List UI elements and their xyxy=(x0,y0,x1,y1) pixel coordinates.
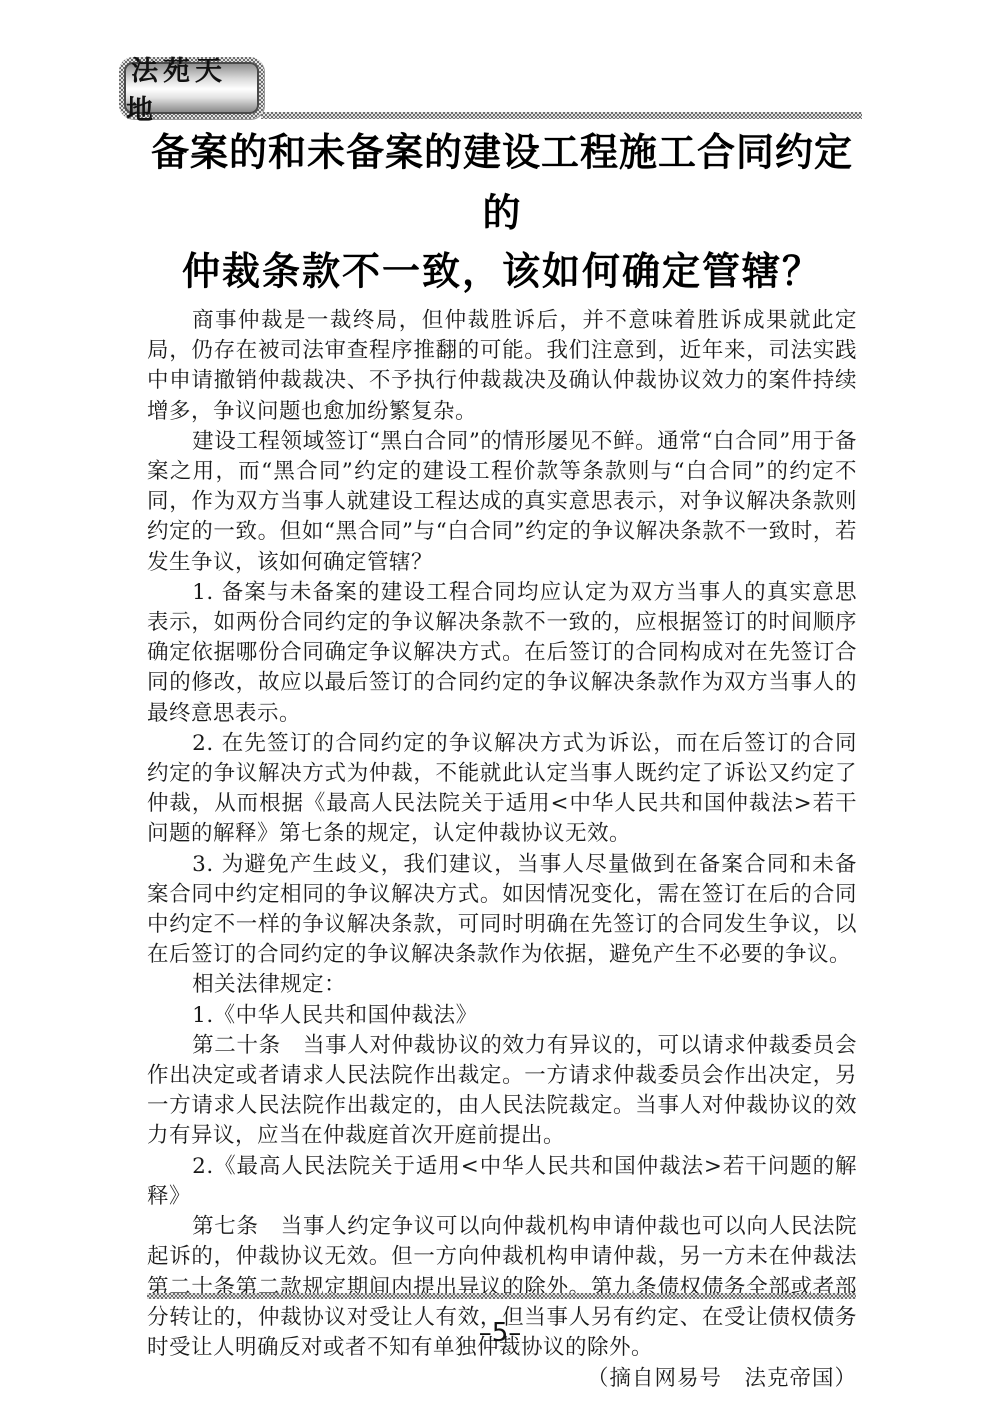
attribution-line: （摘自网易号 法克帝国） xyxy=(147,1363,857,1395)
paragraph-3: 1. 备案与未备案的建设工程合同均应认定为双方当事人的真实意思表示，如两份合同约… xyxy=(147,578,857,729)
section-badge-face: 法苑天地 xyxy=(124,62,259,114)
page-number: –5– xyxy=(0,1318,1000,1348)
header-rule xyxy=(261,112,862,119)
paragraph-2: 建设工程领域签订“黑白合同”的情形屡见不鲜。通常“白合同”用于备案之用，而“黑合… xyxy=(147,427,857,578)
document-page: 法苑天地 备案的和未备案的建设工程施工合同约定的 仲裁条款不一致，该如何确定管辖… xyxy=(0,0,1000,1414)
footer-rule xyxy=(147,1293,856,1299)
paragraph-9: 2.《最高人民法院关于适用<中华人民共和国仲裁法>若干问题的解释》 xyxy=(147,1152,857,1212)
section-badge-label: 法苑天地 xyxy=(126,49,257,127)
article-title-line2: 仲裁条款不一致，该如何确定管辖？ xyxy=(147,240,857,300)
article-title-line1: 备案的和未备案的建设工程施工合同约定的 xyxy=(147,122,857,242)
paragraph-8: 第二十条 当事人对仲裁协议的效力有异议的，可以请求仲裁委员会作出决定或者请求人民… xyxy=(147,1031,857,1152)
paragraph-5: 3. 为避免产生歧义，我们建议，当事人尽量做到在备案合同和未备案合同中约定相同的… xyxy=(147,850,857,971)
paragraph-7: 1.《中华人民共和国仲裁法》 xyxy=(147,1001,857,1031)
paragraph-6: 相关法律规定： xyxy=(147,970,857,1000)
paragraph-1: 商事仲裁是一裁终局，但仲裁胜诉后，并不意味着胜诉成果就此定局，仍存在被司法审查程… xyxy=(147,306,857,427)
paragraph-4: 2. 在先签订的合同约定的争议解决方式为诉讼，而在后签订的合同约定的争议解决方式… xyxy=(147,729,857,850)
article: 备案的和未备案的建设工程施工合同约定的 仲裁条款不一致，该如何确定管辖？ 商事仲… xyxy=(147,123,857,1395)
section-badge: 法苑天地 xyxy=(119,57,264,119)
